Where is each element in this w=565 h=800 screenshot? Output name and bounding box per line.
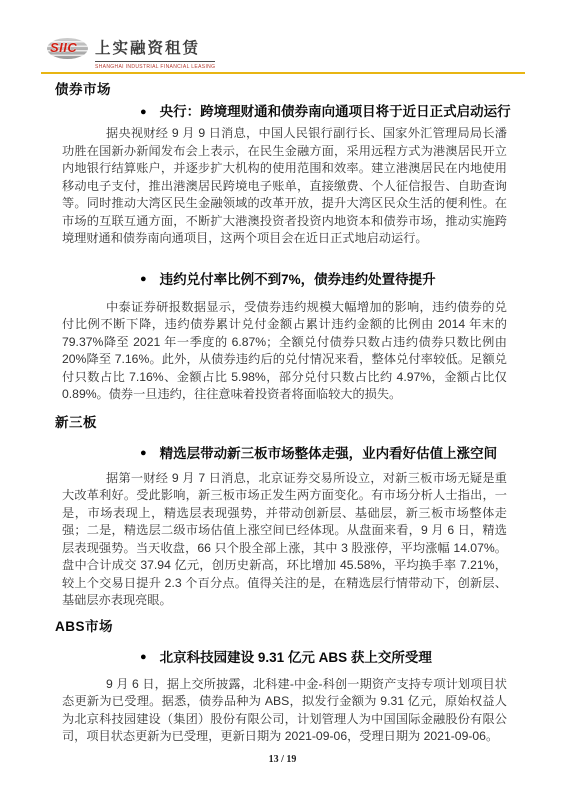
company-name-english: SHANGHAI INDUSTRIAL FINANCIAL LEASING xyxy=(95,64,215,70)
news-headline: 精选层带动新三板市场整体走强，业内看好估值上涨空间 xyxy=(160,446,498,462)
news-paragraph: 据第一财经 9 月 7 日消息，北京证券交易所设立，对新三板市场无疑是重大改革利… xyxy=(62,470,507,610)
siic-globe-icon: SIIC xyxy=(47,36,88,61)
news-headline: 北京科技园建设 9.31 亿元 ABS 获上交所受理 xyxy=(160,650,432,666)
news-headline: 违约兑付率比例不到7%，债券违约处置待提升 xyxy=(160,272,436,288)
bullet-icon: ● xyxy=(140,652,147,663)
news-headline-row: ● 精选层带动新三板市场整体走强，业内看好估值上涨空间 xyxy=(140,446,529,462)
news-paragraph: 9 月 6 日，据上交所披露，北科建-中金-科创一期资产支持专项计划项目状态更新… xyxy=(62,676,507,746)
company-name-chinese: 上实融资租赁 xyxy=(95,36,215,62)
news-headline-row: ● 北京科技园建设 9.31 亿元 ABS 获上交所受理 xyxy=(140,650,529,666)
page-number: 13 / 19 xyxy=(0,754,565,765)
news-paragraph: 中泰证券研报数据显示，受债券违约规模大幅增加的影响，违约债券的兑付比例不断下降，… xyxy=(62,299,507,404)
section-title-abs-market: ABS市场 xyxy=(55,619,565,635)
news-headline-row: ● 央行：跨境理财通和债券南向通项目将于近日正式启动运行 xyxy=(140,104,529,120)
news-headline-row: ● 违约兑付率比例不到7%，债券违约处置待提升 xyxy=(140,272,529,288)
page-content: 债券市场 ● 央行：跨境理财通和债券南向通项目将于近日正式启动运行 据央视财经 … xyxy=(0,82,565,765)
news-paragraph: 据央视财经 9 月 9 日消息，中国人民银行副行长、国家外汇管理局局长潘功胜在国… xyxy=(62,125,507,248)
document-page: SIIC 上实融资租赁 SHANGHAI INDUSTRIAL FINANCIA… xyxy=(0,0,565,800)
news-headline: 央行：跨境理财通和债券南向通项目将于近日正式启动运行 xyxy=(160,104,511,120)
bullet-icon: ● xyxy=(140,448,147,459)
header-divider-line xyxy=(41,72,525,74)
company-logo: SIIC 上实融资租赁 SHANGHAI INDUSTRIAL FINANCIA… xyxy=(47,36,215,70)
company-name-block: 上实融资租赁 SHANGHAI INDUSTRIAL FINANCIAL LEA… xyxy=(95,36,215,70)
siic-abbr: SIIC xyxy=(50,40,77,55)
bullet-icon: ● xyxy=(140,274,147,285)
bullet-icon: ● xyxy=(140,107,147,118)
section-title-bond-market: 债券市场 xyxy=(55,82,565,98)
section-title-neeq: 新三板 xyxy=(55,415,565,431)
